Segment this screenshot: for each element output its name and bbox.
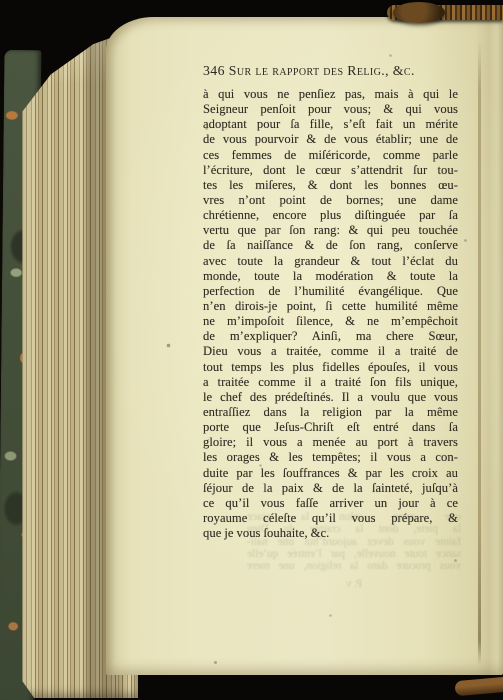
text-line: ces femmes de miſéricorde, comme parle <box>203 148 458 163</box>
running-header: 346 Sur le rapport des Relig., &c. <box>203 63 458 79</box>
text-line: Seigneur penſoit pour vous; & qui vous <box>203 102 458 117</box>
text-line: royaume céleſte qu’il vous prépare, & <box>203 511 458 526</box>
text-line: adoptant pour ſa fille, s’eſt fait un mé… <box>203 117 458 132</box>
text-line: duite par les ſouffrances & par les croi… <box>203 466 458 481</box>
gutter-crease <box>478 40 481 665</box>
text-line: Dieu vous a traitée, comme il a traité d… <box>203 344 458 359</box>
text-line: entraſſiez dans la religion par la même <box>203 405 458 420</box>
text-line: l’écriture, dont le cœur s’attendrit ſur… <box>203 163 458 178</box>
text-line: tes les miſeres, & dont les bonnes œu- <box>203 178 458 193</box>
text-line: perfection de l’humilité évangélique. Qu… <box>203 284 458 299</box>
text-line: que je vous ſouhaite, &c. <box>203 526 458 541</box>
running-title: Sur le rapport des Relig., &c. <box>229 63 415 78</box>
headband-knot <box>393 2 445 23</box>
text-line: n’en dirois-je point, ſi cette humilité … <box>203 299 458 314</box>
text-line: ne m’impoſoit ſilence, & ne m’empêchoit <box>203 314 458 329</box>
text-line: le chef des prédeſtinés. Il a voulu que … <box>203 390 458 405</box>
text-line: avec toute la grandeur & tout l’éclat du <box>203 254 458 269</box>
text-line: gloire; il vous a menée au port à traver… <box>203 435 458 450</box>
text-line: vres n’ont point de bornes; une dame <box>203 193 458 208</box>
show-through-line: vous procure dans la religion, une mere <box>247 560 461 572</box>
text-line: de ſa naiſſance & de ſon rang, conſerve <box>203 238 458 253</box>
text-line: chrétienne, encore plus diſtinguée par ſ… <box>203 208 458 223</box>
text-line: à qui vous ne penſiez pas, mais à qui le <box>203 87 458 102</box>
text-line: ce qu’il vous faſſe arriver un jour à ce <box>203 496 458 511</box>
text-line: porte que Jeſus-Chriſt eſt entré dans ſa <box>203 420 458 435</box>
show-through-signature-mark: P. v <box>247 578 461 590</box>
book-scan-scene: une mere selon la grace la piete, dont l… <box>0 0 503 700</box>
text-line: les orages & les tempêtes; il vous a con… <box>203 450 458 465</box>
page-number: 346 <box>203 63 225 78</box>
tailband <box>454 677 503 696</box>
text-line: monde, toute la modération & toute la <box>203 269 458 284</box>
text-line: de m’expliquer? Ainſi, ma chere Sœur, <box>203 329 458 344</box>
body-text: à qui vous ne penſiez pas, mais à qui le… <box>203 87 458 541</box>
text-line: vertu que par ſon rang: & qui peu touché… <box>203 223 458 238</box>
text-line: a traitée comme il a traité ſon fils uni… <box>203 375 458 390</box>
show-through-line: sance toute nouvelle, par l’entrée qu’el… <box>247 548 461 560</box>
printed-text-block: 346 Sur le rapport des Relig., &c. à qui… <box>203 63 458 541</box>
text-line: tout temps les plus fidelles épouſes, il… <box>203 360 458 375</box>
dust-specks <box>0 0 1 1</box>
text-line: ſéjour de la paix & de la ſainteté, juſq… <box>203 481 458 496</box>
text-line: de vous pourvoir & de vous établir; une … <box>203 132 458 147</box>
